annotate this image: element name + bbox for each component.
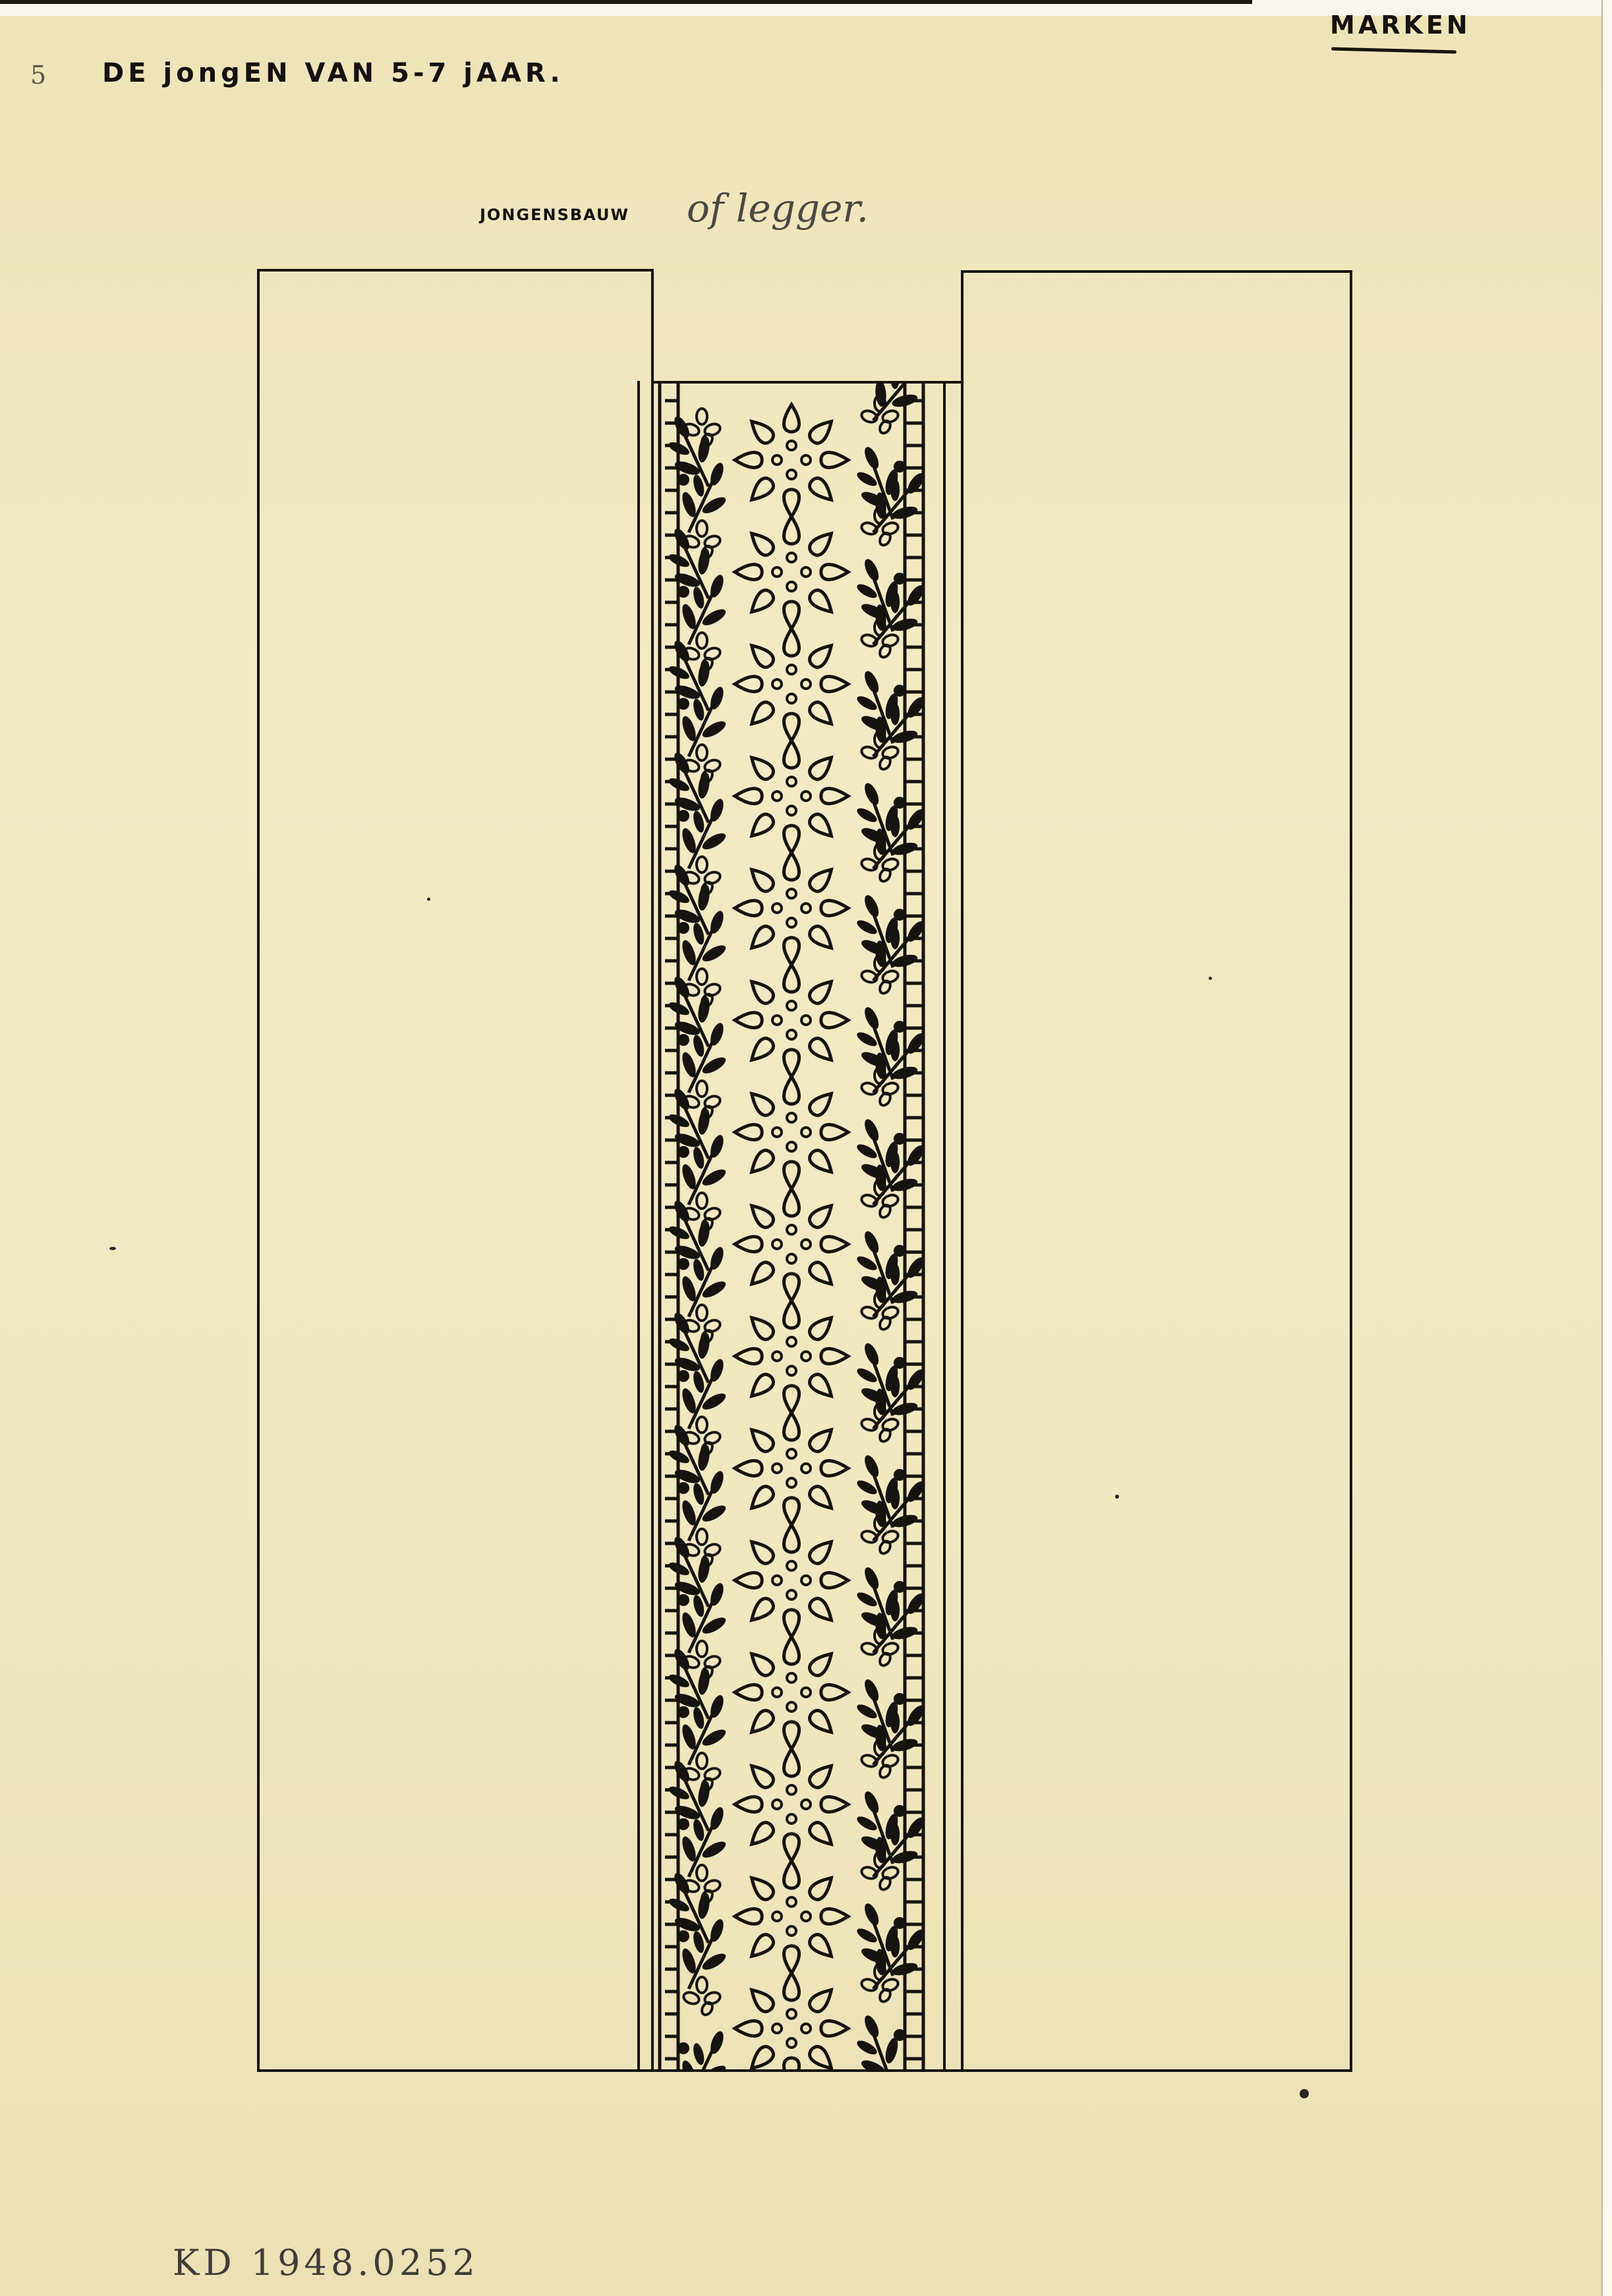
paper-right-edge	[1601, 0, 1612, 2296]
left-panel-outline	[257, 269, 654, 2072]
ink-speck	[427, 898, 430, 901]
document-title: DE jongEN VAN 5-7 jAAR.	[102, 58, 564, 88]
right-panel-outline	[961, 270, 1352, 2072]
location-label: MARKEN	[1330, 11, 1471, 40]
ink-speck	[1300, 2089, 1309, 2098]
catalog-number: KD 1948.0252	[173, 2242, 479, 2283]
garment-name-pencil: of legger.	[687, 186, 869, 231]
ink-speck	[109, 1247, 116, 1250]
garment-name-ink: JONGENSBAUW	[480, 206, 629, 224]
floral-embroidery-strip	[636, 381, 947, 2072]
sheet-number: 5	[30, 61, 46, 90]
ink-speck	[1209, 977, 1212, 980]
ink-speck	[1115, 1495, 1119, 1499]
